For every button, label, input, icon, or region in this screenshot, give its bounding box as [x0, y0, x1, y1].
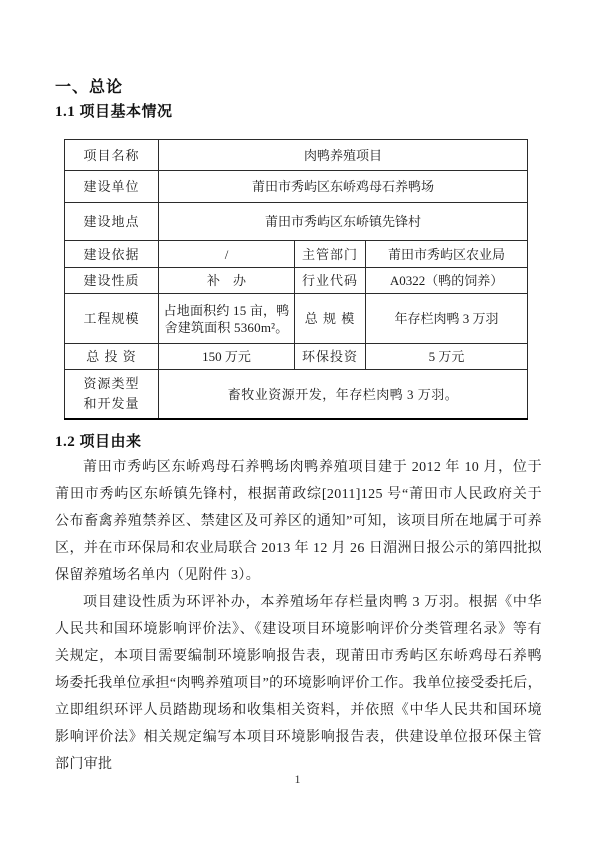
field-value: 莆田市秀屿区东峤镇先锋村 — [159, 203, 528, 241]
table-row-investment: 总 投 资 150 万元 环保投资 5 万元 — [65, 344, 528, 370]
field-value: 150 万元 — [159, 344, 295, 370]
field-value: 年存栏肉鸭 3 万羽 — [366, 294, 528, 344]
document-page: 一、总论 1.1 项目基本情况 项目名称 肉鸭养殖项目 建设单位 莆田市秀屿区东… — [0, 0, 595, 841]
field-label: 主管部门 — [295, 241, 366, 268]
page-number: 1 — [0, 772, 595, 787]
table-row-construction-unit: 建设单位 莆田市秀屿区东峤鸡母石养鸭场 — [65, 171, 528, 203]
field-label-line: 和开发量 — [69, 394, 154, 414]
section-heading-1-2: 1.2 项目由来 — [55, 430, 142, 451]
table-row-nature-industry-code: 建设性质 补 办 行业代码 A0322（鸭的饲养） — [65, 268, 528, 294]
field-label: 工程规模 — [65, 294, 159, 344]
section-heading-1-1: 1.1 项目基本情况 — [55, 100, 173, 121]
field-value: 肉鸭养殖项目 — [159, 140, 528, 171]
table-row-construction-site: 建设地点 莆田市秀屿区东峤镇先锋村 — [65, 203, 528, 241]
body-paragraph: 莆田市秀屿区东峤鸡母石养鸭场肉鸭养殖项目建于 2012 年 10 月，位于莆田市… — [55, 454, 542, 589]
field-label: 行业代码 — [295, 268, 366, 294]
table-row-project-name: 项目名称 肉鸭养殖项目 — [65, 140, 528, 171]
field-label: 建设依据 — [65, 241, 159, 268]
field-label-line: 资源类型 — [69, 374, 154, 394]
body-paragraph: 项目建设性质为环评补办，本养殖场年存栏量肉鸭 3 万羽。根据《中华人民共和国环境… — [55, 589, 542, 778]
field-label: 总 投 资 — [65, 344, 159, 370]
table-row-project-scale: 工程规模 占地面积约 15 亩，鸭舍建筑面积 5360m²。 总 规 模 年存栏… — [65, 294, 528, 344]
field-value: 莆田市秀屿区东峤鸡母石养鸭场 — [159, 171, 528, 203]
field-value: 占地面积约 15 亩，鸭舍建筑面积 5360m²。 — [159, 294, 295, 344]
table-row-basis-department: 建设依据 / 主管部门 莆田市秀屿区农业局 — [65, 241, 528, 268]
field-value: / — [159, 241, 295, 268]
field-label: 建设单位 — [65, 171, 159, 203]
field-value: 5 万元 — [366, 344, 528, 370]
table-row-resource-type: 资源类型 和开发量 畜牧业资源开发，年存栏肉鸭 3 万羽。 — [65, 370, 528, 420]
field-label: 建设性质 — [65, 268, 159, 294]
field-label: 资源类型 和开发量 — [65, 370, 159, 420]
field-value: 畜牧业资源开发，年存栏肉鸭 3 万羽。 — [159, 370, 528, 420]
chapter-heading: 一、总论 — [55, 74, 123, 97]
field-label: 环保投资 — [295, 344, 366, 370]
field-label: 总 规 模 — [295, 294, 366, 344]
project-basic-info-table: 项目名称 肉鸭养殖项目 建设单位 莆田市秀屿区东峤鸡母石养鸭场 建设地点 莆田市… — [64, 139, 528, 420]
field-value: A0322（鸭的饲养） — [366, 268, 528, 294]
field-value: 莆田市秀屿区农业局 — [366, 241, 528, 268]
field-label: 项目名称 — [65, 140, 159, 171]
field-value: 补 办 — [159, 268, 295, 294]
field-label: 建设地点 — [65, 203, 159, 241]
